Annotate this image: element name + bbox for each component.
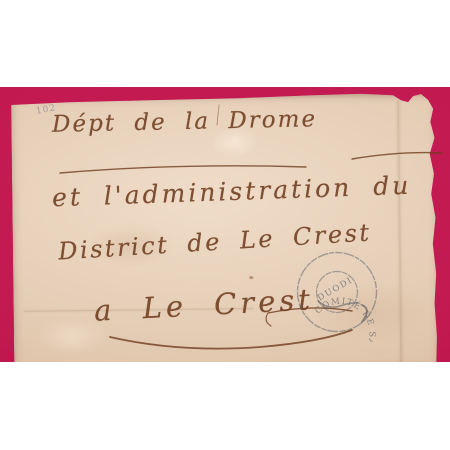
- comite-salut-public-postmark: COMITÉ DE SALUT PUBLIC DUODI: [287, 242, 387, 342]
- ink-speck: [249, 276, 253, 279]
- paper-vertical-crease: [397, 100, 402, 362]
- handwritten-line-departement: Dépt de la Drome: [52, 106, 318, 138]
- letter-photo: 102 Dépt de la Drome et l'administration…: [0, 87, 450, 362]
